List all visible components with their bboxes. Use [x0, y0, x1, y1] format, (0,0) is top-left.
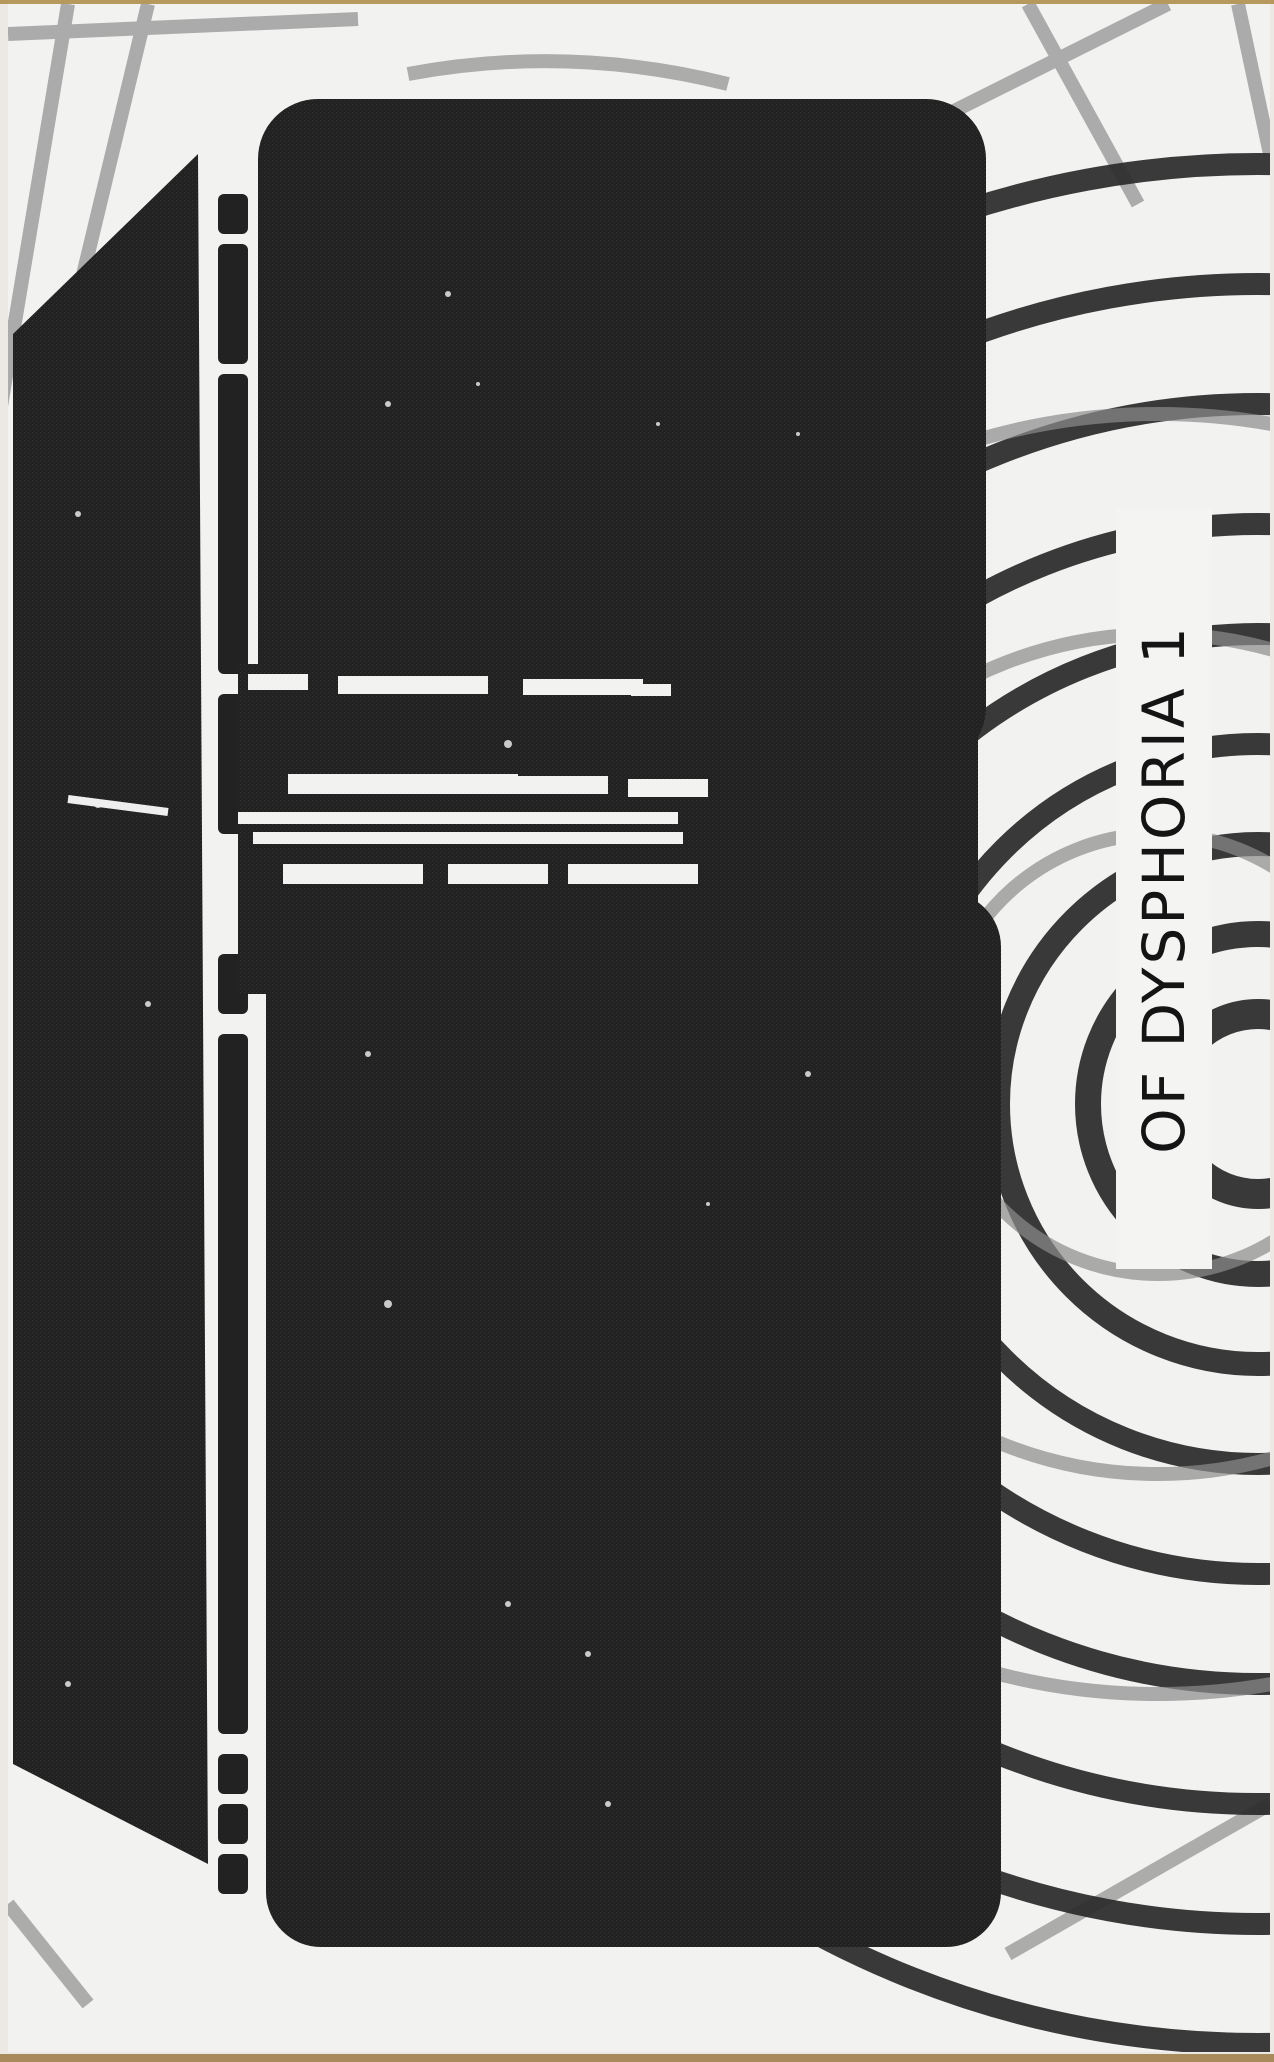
fridge-illustration [8, 4, 1270, 2052]
title-label: OF DYSPHORIA 1 [1116, 509, 1212, 1269]
title-text: OF DYSPHORIA 1 [1130, 624, 1198, 1154]
cover-artwork: OF DYSPHORIA 1 [8, 4, 1270, 2052]
scan-edge-bottom [0, 2054, 1274, 2062]
